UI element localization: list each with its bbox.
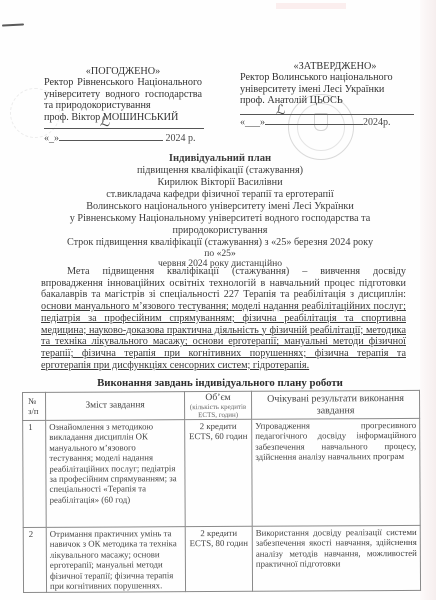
approval-signatory: проф. Віктор МОШИНСЬКИЙ — [44, 112, 202, 123]
approval-line: Ректор Волинського національного — [240, 72, 418, 83]
row-expected-results: Упровадження прогресивного педагогічного… — [252, 418, 421, 526]
header-volume-sub: (кількість кредитів ECTS, годин) — [187, 403, 249, 419]
host-institution-cont: природокористування — [30, 225, 410, 237]
trainee-name: Кирилюк Вікторії Василівни — [30, 177, 410, 189]
approval-line: Ректор Рівненського Національного — [44, 77, 202, 88]
row-task-content: Ознайомлення з методикою викладання дисц… — [46, 420, 186, 528]
row-expected-results: Використання досвіду реалізації системи … — [252, 525, 420, 591]
header-number: № з/п — [23, 392, 46, 420]
trainee-position: ст.викладача кафедри фізичної терапії та… — [30, 189, 410, 201]
approval-line: університету імені Лесі Українки — [240, 84, 418, 95]
approval-stamp-title: «ПОГОДЖЕНО» — [44, 66, 202, 77]
date-year: 2024р. — [363, 117, 391, 128]
scanned-document-page: «ПОГОДЖЕНО» Ректор Рівненського Націонал… — [0, 0, 436, 600]
row-number: 2 — [23, 527, 46, 593]
date-day: «_» — [44, 133, 59, 144]
table-header-row: № з/п Зміст завдання Об’єм (кількість кр… — [23, 390, 420, 420]
table-row: 2 Отримання практичних умінь та навичок … — [23, 525, 420, 593]
section-heading: Виконання завдань індивідуального плану … — [20, 377, 420, 389]
row-volume: 2 кредити ECTS, 60 годин — [185, 419, 253, 526]
purpose-disciplines: основи мануального м’язового тестування;… — [41, 301, 406, 371]
training-purpose-paragraph: Мета підвищення кваліфікації (стажування… — [41, 266, 406, 371]
date-month-blank — [59, 140, 163, 141]
host-institution: у Рівненському Національному університет… — [30, 213, 410, 225]
scan-artifact — [276, 3, 346, 9]
scan-edge-shadow — [420, 0, 436, 600]
row-volume: 2 кредити ECTS, 80 годин — [185, 526, 252, 592]
document-subtitle: підвищення кваліфікації (стажування) — [30, 165, 410, 177]
table-row: 1 Ознайомлення з методикою викладання ди… — [23, 418, 421, 527]
approval-date: «___»2024р. — [240, 117, 391, 128]
header-task-content: Зміст завдання — [46, 392, 185, 421]
date-year: 2024 р. — [166, 133, 196, 144]
purpose-intro: Мета підвищення кваліфікації (стажування… — [41, 266, 406, 300]
handwritten-signature: ℒ — [276, 103, 285, 118]
approval-line: та природокористування — [44, 100, 202, 111]
row-number: 1 — [23, 420, 47, 527]
row-task-content: Отримання практичних умінь та навичок з … — [46, 527, 185, 593]
training-term: Строк підвищення кваліфікації (стажуванн… — [30, 237, 410, 249]
header-volume-main: Об’єм — [187, 392, 249, 403]
header-expected-results: Очікувані результати виконання завдання — [251, 390, 419, 419]
approval-signatory: проф. Анатолій ЦЬОСЬ — [240, 95, 418, 106]
trainee-university: Волинського національного університету і… — [30, 201, 410, 213]
approval-block-approved: «ЗАТВЕРДЖЕНО» Ректор Волинського націона… — [240, 61, 418, 107]
header-volume: Об’єм (кількість кредитів ECTS, годин) — [185, 391, 252, 419]
pen-mark — [2, 23, 24, 26]
handwritten-signature: ℒ — [100, 114, 110, 130]
approval-stamp-title: «ЗАТВЕРДЖЕНО» — [240, 61, 418, 72]
approval-line: університету водного господарства — [44, 89, 202, 100]
signature-line — [240, 114, 414, 115]
date-month-blank — [265, 124, 363, 125]
signature-line — [44, 128, 204, 129]
approval-block-agreed: «ПОГОДЖЕНО» Ректор Рівненського Націонал… — [44, 66, 202, 123]
approval-date: «_» 2024 р. — [44, 133, 196, 144]
document-title: Індивідуальний план — [30, 153, 410, 165]
date-day: «___» — [240, 117, 265, 128]
plan-tasks-table: № з/п Зміст завдання Об’єм (кількість кр… — [22, 390, 421, 594]
